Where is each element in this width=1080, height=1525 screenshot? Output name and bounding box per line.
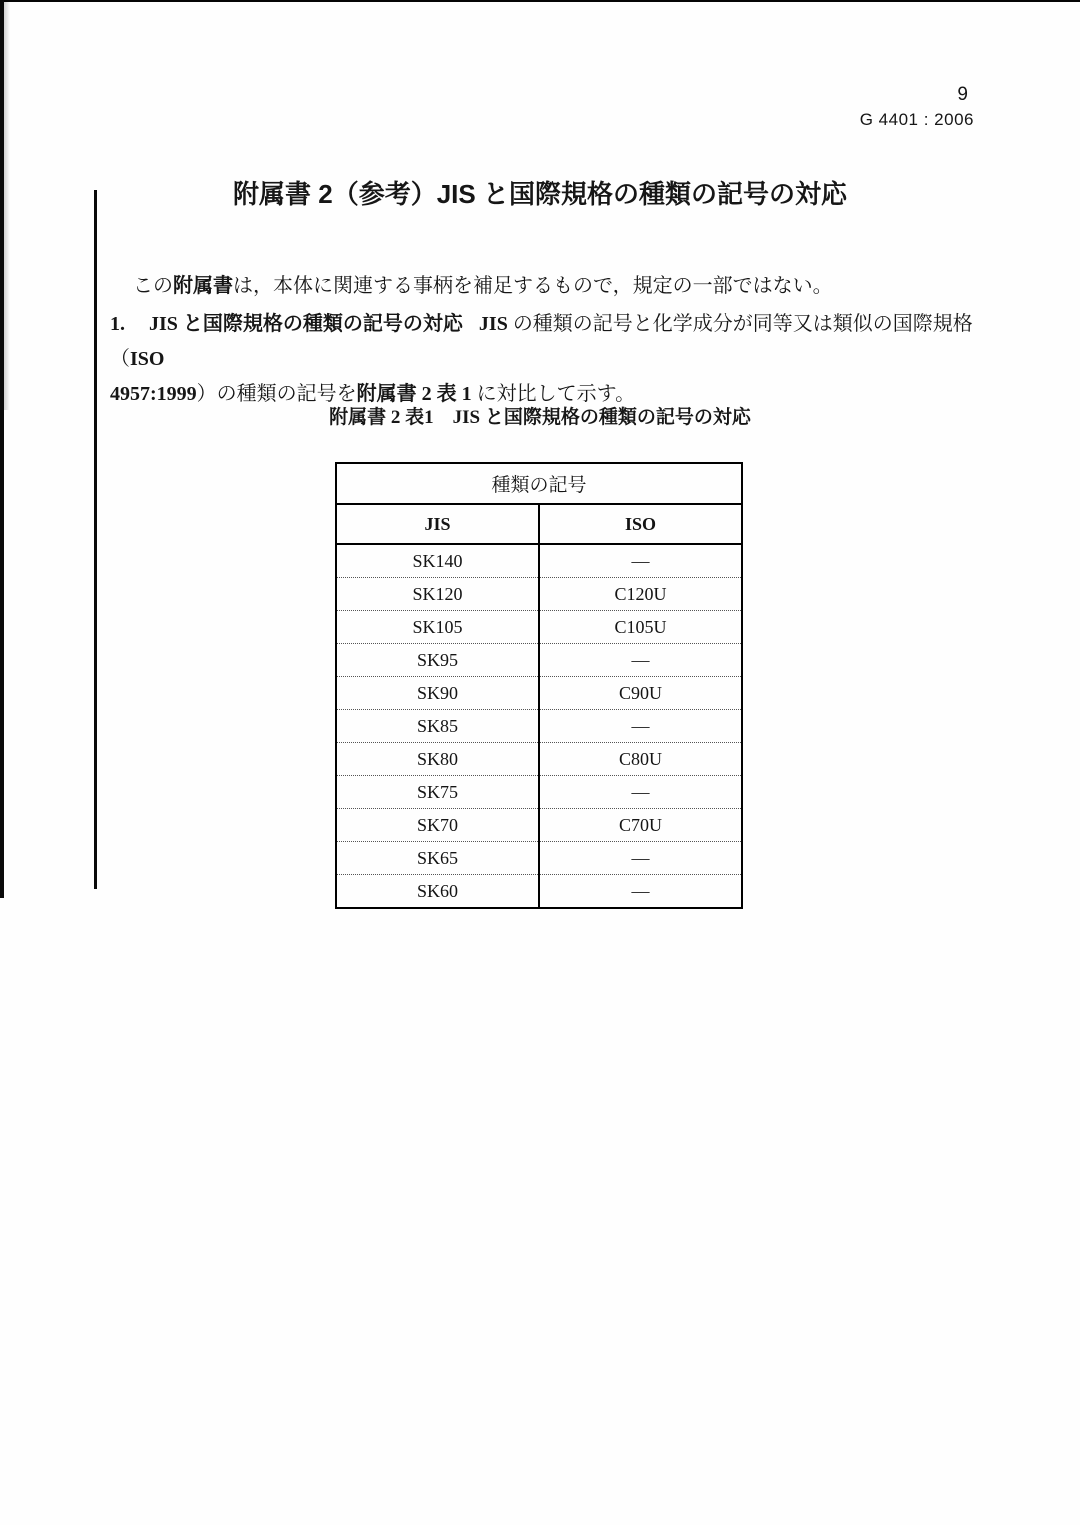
iso-cell: — <box>539 842 742 875</box>
page-number: 9 <box>957 84 968 106</box>
iso-cell: C90U <box>539 677 742 710</box>
iso-cell: — <box>539 544 742 578</box>
jis-cell: SK90 <box>336 677 539 710</box>
jis-cell: SK140 <box>336 544 539 578</box>
jis-cell: SK70 <box>336 809 539 842</box>
table-caption: 附属書 2 表1 JIS と国際規格の種類の記号の対応 <box>0 402 1080 429</box>
jis-cell: SK85 <box>336 710 539 743</box>
jis-cell: SK120 <box>336 578 539 611</box>
jis-cell: SK95 <box>336 644 539 677</box>
table-row: SK105C105U <box>336 611 742 644</box>
jis-cell: SK105 <box>336 611 539 644</box>
iso-cell: — <box>539 776 742 809</box>
column-header-iso: ISO <box>539 504 742 544</box>
document-code: G 4401 : 2006 <box>860 110 974 130</box>
section-number: 1. <box>110 313 125 335</box>
table-row: SK70C70U <box>336 809 742 842</box>
iso-cell: — <box>539 875 742 909</box>
scan-edge-top <box>0 0 1080 2</box>
table-column-header-row: JIS ISO <box>336 504 742 544</box>
column-header-jis: JIS <box>336 504 539 544</box>
section-1-line-1: 1.JIS と国際規格の種類の記号の対応JIS の種類の記号と化学成分が同等又は… <box>110 307 990 377</box>
intro-text-pre: この <box>133 275 173 297</box>
section-heading: JIS と国際規格の種類の記号の対応 <box>149 313 463 335</box>
jis-cell: SK65 <box>336 842 539 875</box>
table-row: SK120C120U <box>336 578 742 611</box>
table-row: SK80C80U <box>336 743 742 776</box>
intro-paragraph: この附属書は，本体に関連する事柄を補足するもので，規定の一部ではない。 <box>133 269 833 298</box>
iso-cell: C105U <box>539 611 742 644</box>
iso-cell: — <box>539 644 742 677</box>
change-bar <box>94 190 97 889</box>
table-row: SK90C90U <box>336 677 742 710</box>
table-body: SK140—SK120C120USK105C105USK95—SK90C90US… <box>336 544 742 908</box>
table-row: SK140— <box>336 544 742 578</box>
iso-cell: C80U <box>539 743 742 776</box>
iso-cell: C120U <box>539 578 742 611</box>
iso-cell: C70U <box>539 809 742 842</box>
table-row: SK75— <box>336 776 742 809</box>
intro-bold-word: 附属書 <box>173 275 233 297</box>
group-header-cell: 種類の記号 <box>336 463 742 504</box>
table-row: SK60— <box>336 875 742 909</box>
annex-title: 附属書 2（参考）JIS と国際規格の種類の記号の対応 <box>0 174 1080 211</box>
jis-cell: SK60 <box>336 875 539 909</box>
jis-cell: SK80 <box>336 743 539 776</box>
intro-text-post: は，本体に関連する事柄を補足するもので，規定の一部ではない。 <box>233 275 833 297</box>
section-bold-jis: JIS <box>479 313 508 335</box>
table-row: SK65— <box>336 842 742 875</box>
document-page: 9 G 4401 : 2006 附属書 2（参考）JIS と国際規格の種類の記号… <box>0 0 1080 1525</box>
table-row: SK85— <box>336 710 742 743</box>
table-row: SK95— <box>336 644 742 677</box>
jis-iso-symbol-table: 種類の記号 JIS ISO SK140—SK120C120USK105C105U… <box>335 462 743 909</box>
section-bold-iso: ISO <box>130 348 164 370</box>
section-1: 1.JIS と国際規格の種類の記号の対応JIS の種類の記号と化学成分が同等又は… <box>110 307 990 412</box>
iso-cell: — <box>539 710 742 743</box>
table-group-header-row: 種類の記号 <box>336 463 742 504</box>
jis-cell: SK75 <box>336 776 539 809</box>
